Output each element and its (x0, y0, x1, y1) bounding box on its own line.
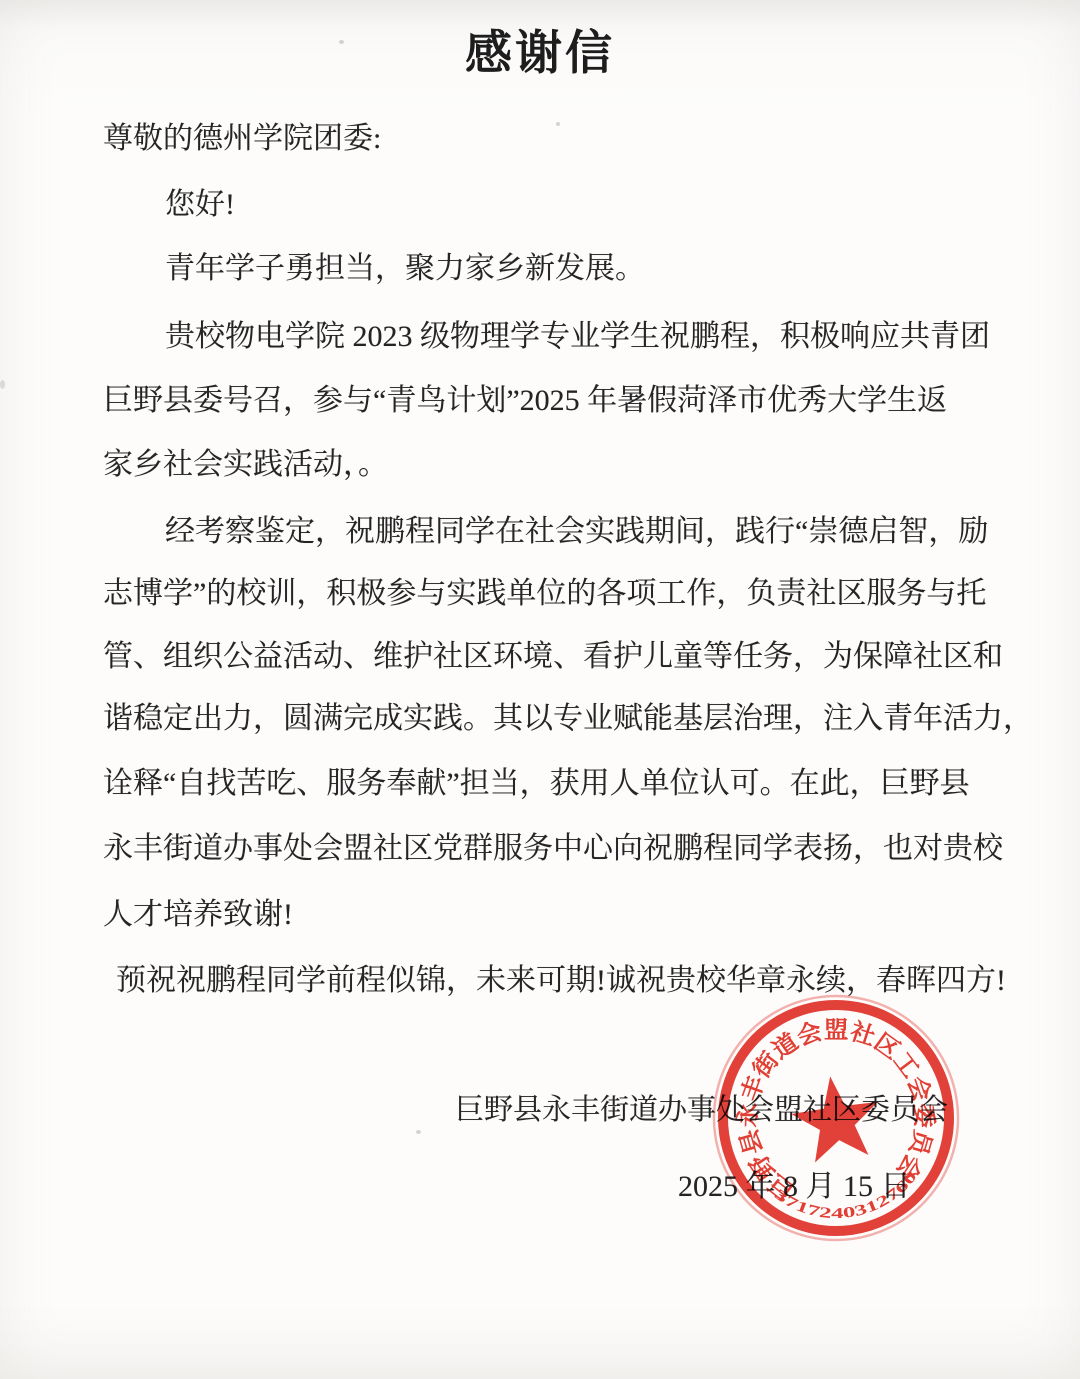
salutation: 尊敬的德州学院团委: (103, 120, 381, 158)
body-line: 经考察鉴定，祝鹏程同学在社会实践期间，践行“崇德启智，励 (165, 513, 988, 551)
scan-speck (339, 40, 344, 44)
body-line: 您好! (165, 186, 235, 224)
body-line: 谐稳定出力，圆满完成实践。其以专业赋能基层治理，注入青年活力， (103, 700, 1033, 738)
red-star-icon (787, 1070, 885, 1165)
body-line: 巨野县委号召，参与“青鸟计划”2025 年暑假菏泽市优秀大学生返 (103, 382, 947, 420)
body-line: 志博学”的校训，积极参与实践单位的各项工作，负责社区服务与托 (103, 575, 986, 613)
body-line: 家乡社会实践活动，。 (103, 446, 388, 484)
scan-speck (416, 1130, 421, 1134)
body-line: 诠释“自找苦吃、服务奉献”担当，获用人单位认可。在此，巨野县 (103, 765, 970, 803)
body-line: 青年学子勇担当，聚力家乡新发展。 (165, 250, 645, 288)
body-line: 永丰街道办事处会盟社区党群服务中心向祝鹏程同学表扬，也对贵校 (103, 830, 1003, 868)
official-seal-stamp: 巨野县永丰街道会盟社区工会委员会 3717240312760 (691, 973, 980, 1262)
letter-title: 感谢信 (0, 16, 1080, 83)
scan-speck (556, 122, 560, 126)
body-line: 贵校物电学院 2023 级物理学专业学生祝鹏程，积极响应共青团 (165, 318, 990, 356)
body-line: 人才培养致谢! (103, 896, 293, 934)
scan-speck (0, 380, 5, 389)
body-line: 管、组织公益活动、维护社区环境、看护儿童等任务，为保障社区和 (103, 638, 1003, 676)
letter-page: 感谢信 尊敬的德州学院团委: 您好! 青年学子勇担当，聚力家乡新发展。 贵校物电… (0, 0, 1080, 1379)
